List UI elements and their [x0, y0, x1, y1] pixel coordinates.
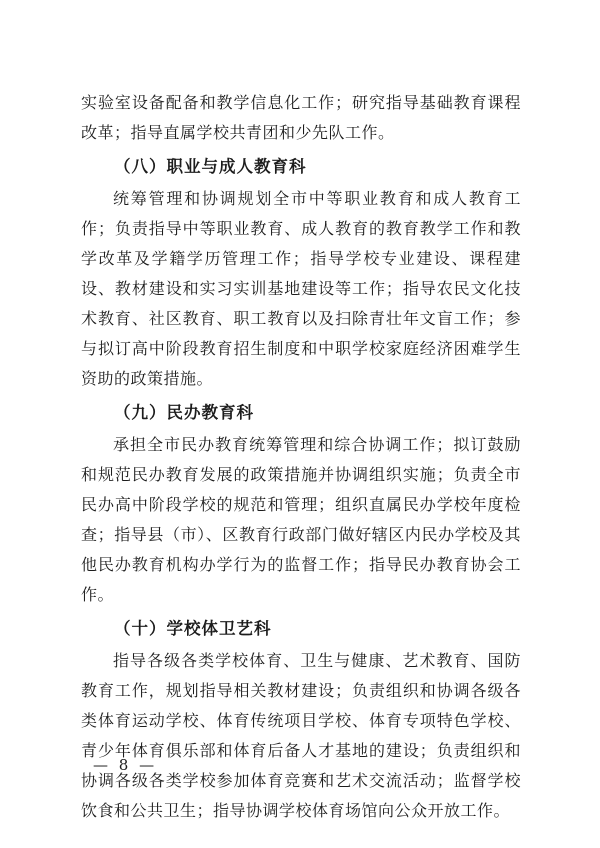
section-heading-private-education: （九）民办教育科	[81, 398, 521, 428]
section-heading-vocational-adult-education: （八）职业与成人教育科	[81, 152, 521, 182]
page-number: — 8 —	[93, 755, 157, 775]
section-body-school-sports-health-arts: 指导各级各类学校体育、卫生与健康、艺术教育、国防教育工作，规划指导相关教材建设；…	[81, 646, 521, 826]
paragraph-continuation: 实验室设备配备和教学信息化工作；研究指导基础教育课程改革；指导直属学校共青团和少…	[81, 88, 521, 148]
section-heading-school-sports-health-arts: （十）学校体卫艺科	[81, 614, 521, 644]
section-body-private-education: 承担全市民办教育统筹管理和综合协调工作；拟订鼓励和规范民办教育发展的政策措施并协…	[81, 430, 521, 610]
document-body: 实验室设备配备和教学信息化工作；研究指导基础教育课程改革；指导直属学校共青团和少…	[81, 88, 521, 826]
document-page: 实验室设备配备和教学信息化工作；研究指导基础教育课程改革；指导直属学校共青团和少…	[0, 0, 600, 848]
section-body-vocational-adult-education: 统筹管理和协调规划全市中等职业教育和成人教育工作；负责指导中等职业教育、成人教育…	[81, 184, 521, 394]
